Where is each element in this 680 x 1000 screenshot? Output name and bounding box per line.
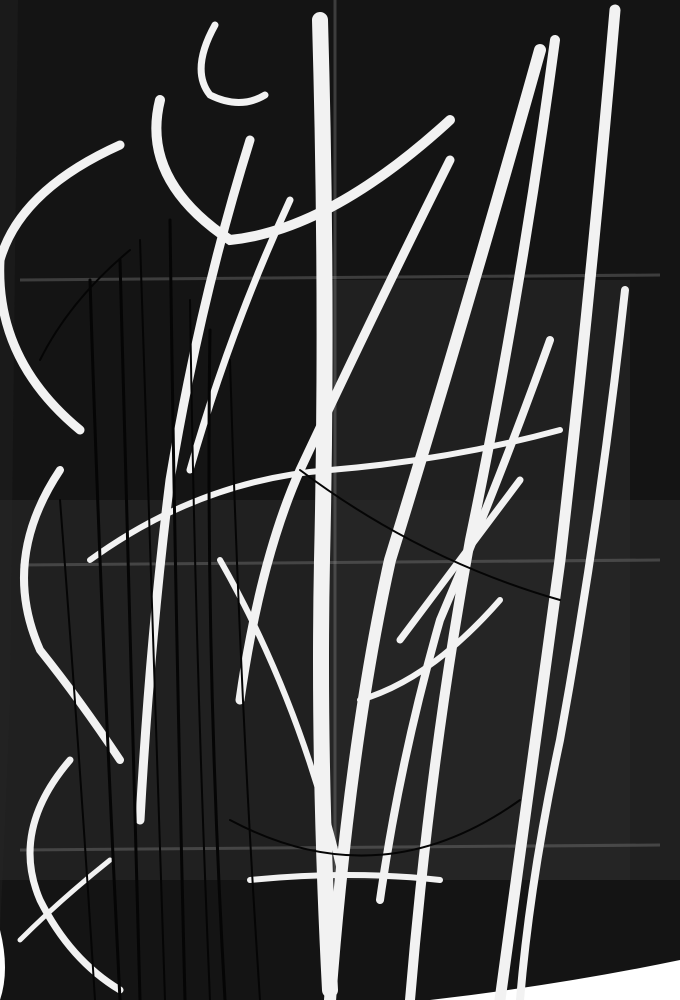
artwork-canvas bbox=[0, 0, 680, 1000]
artwork-print bbox=[0, 0, 680, 1000]
